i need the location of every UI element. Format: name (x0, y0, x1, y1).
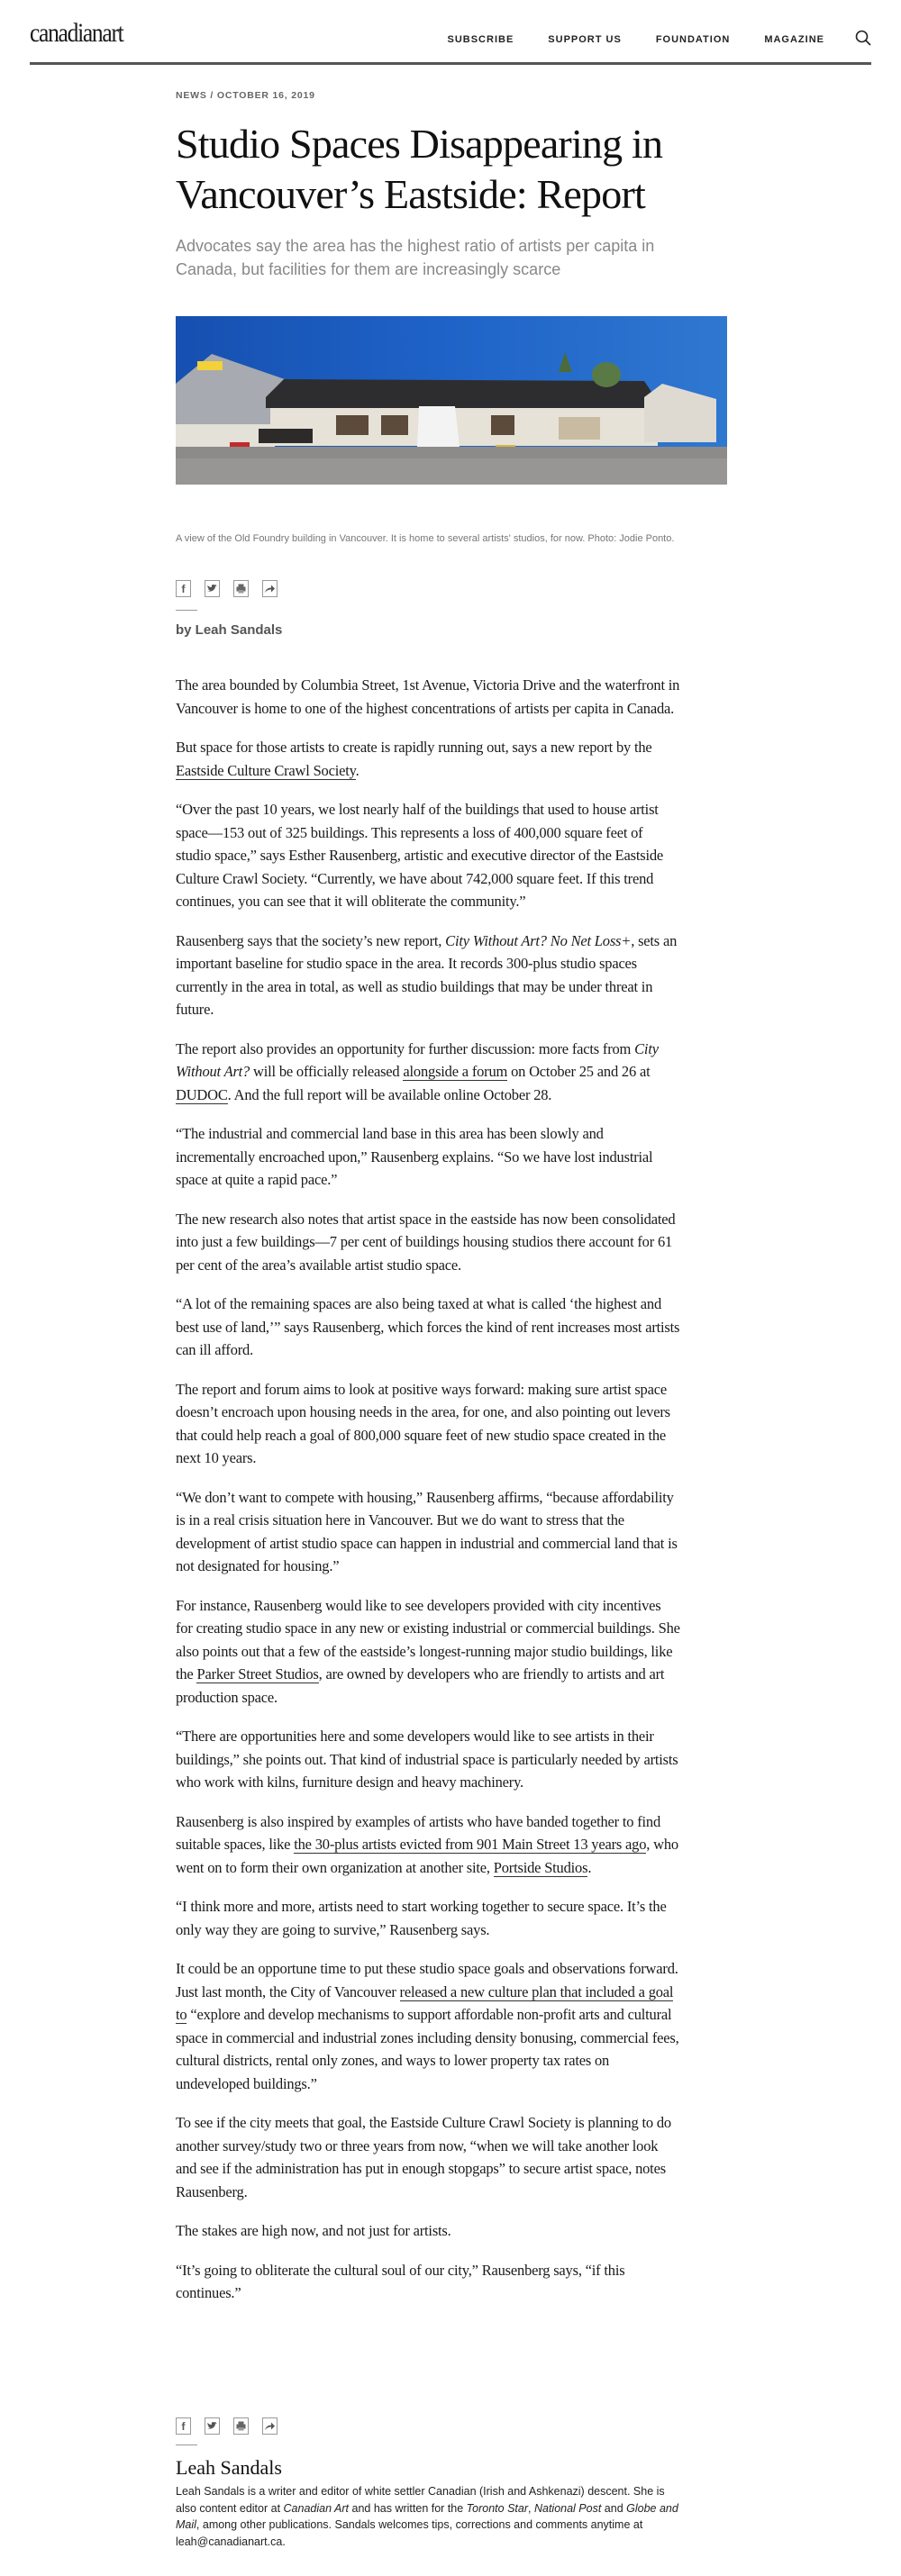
link-parker-street-studios[interactable]: Parker Street Studios (196, 1665, 318, 1683)
nav-subscribe[interactable]: SUBSCRIBE (448, 34, 514, 45)
paragraph: Rausenberg is also inspired by examples … (176, 1810, 680, 1880)
share-icon[interactable] (262, 2417, 278, 2435)
article-photo (176, 316, 727, 485)
article-dek: Advocates say the area has the highest r… (176, 234, 716, 281)
nav-magazine[interactable]: MAGAZINE (764, 34, 824, 45)
article-body: The area bounded by Columbia Street, 1st… (176, 674, 680, 2321)
share-icon[interactable] (262, 580, 278, 597)
paragraph: The report also provides an opportunity … (176, 1038, 680, 1107)
twitter-icon[interactable] (205, 2417, 220, 2435)
paragraph: It could be an opportune time to put the… (176, 1957, 680, 2095)
paragraph: The report and forum aims to look at pos… (176, 1378, 680, 1470)
main-nav: SUBSCRIBE SUPPORT US FOUNDATION MAGAZINE (414, 32, 872, 48)
paragraph: “The industrial and commercial land base… (176, 1122, 680, 1192)
print-icon[interactable] (233, 2417, 249, 2435)
link-eastside-culture-crawl-society[interactable]: Eastside Culture Crawl Society (176, 762, 356, 780)
byline[interactable]: by Leah Sandals (176, 622, 725, 638)
paragraph: “It’s going to obliterate the cultural s… (176, 2259, 680, 2305)
paragraph: “I think more and more, artists need to … (176, 1895, 680, 1941)
author-name[interactable]: Leah Sandals (176, 2456, 725, 2480)
link-dudoc[interactable]: DUDOC (176, 1086, 228, 1104)
link-portside-studios[interactable]: Portside Studios (494, 1859, 588, 1877)
photo-caption: A view of the Old Foundry building in Va… (176, 533, 725, 544)
paragraph: The new research also notes that artist … (176, 1208, 680, 1277)
paragraph: “Over the past 10 years, we lost nearly … (176, 798, 680, 913)
paragraph: The area bounded by Columbia Street, 1st… (176, 674, 680, 720)
site-logo[interactable]: canadianart (30, 18, 123, 49)
share-bar-top: f (176, 580, 725, 597)
paragraph: “A lot of the remaining spaces are also … (176, 1293, 680, 1362)
paragraph: Rausenberg says that the society’s new r… (176, 930, 680, 1021)
paragraph: To see if the city meets that goal, the … (176, 2111, 680, 2203)
twitter-icon[interactable] (205, 580, 220, 597)
author-divider (176, 2444, 197, 2445)
share-bar-bottom: f (176, 2417, 725, 2435)
author-bio: Leah Sandals is a writer and editor of w… (176, 2483, 680, 2550)
link-901-main-street-artists[interactable]: the 30-plus artists evicted from 901 Mai… (294, 1836, 646, 1854)
paragraph: But space for those artists to create is… (176, 736, 680, 782)
byline-divider (176, 610, 197, 611)
paragraph: For instance, Rausenberg would like to s… (176, 1594, 680, 1710)
search-icon[interactable] (855, 30, 871, 46)
print-icon[interactable] (233, 580, 249, 597)
paragraph: “We don’t want to compete with housing,”… (176, 1486, 680, 1578)
article-title: Studio Spaces Disappearing in Vancouver’… (176, 119, 725, 220)
site-header: canadianart SUBSCRIBE SUPPORT US FOUNDAT… (30, 0, 871, 65)
article-kicker: NEWS / OCTOBER 16, 2019 (176, 90, 725, 101)
facebook-icon[interactable]: f (176, 2417, 191, 2435)
paragraph: “There are opportunities here and some d… (176, 1725, 680, 1794)
facebook-icon[interactable]: f (176, 580, 191, 597)
nav-support-us[interactable]: SUPPORT US (548, 34, 622, 45)
nav-foundation[interactable]: FOUNDATION (656, 34, 731, 45)
link-alongside-a-forum[interactable]: alongside a forum (403, 1063, 507, 1081)
paragraph: The stakes are high now, and not just fo… (176, 2219, 680, 2243)
